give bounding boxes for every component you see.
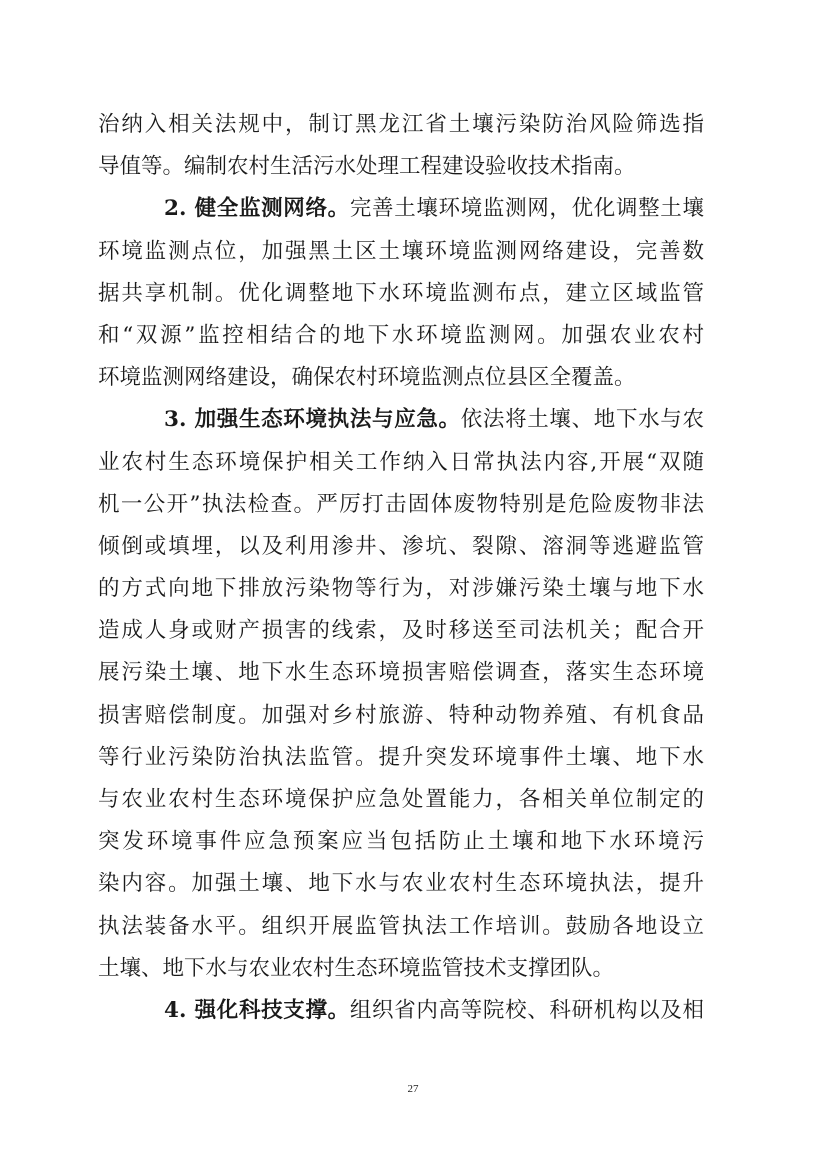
text-run: 组织省内高等院校、科研机构以及相 [350,998,704,1023]
text-line: 造成人身或财产损害的线索，及时移送至司法机关；配合开 [98,610,704,652]
text-line: 染内容。加强土壤、地下水与农业农村生态环境执法，提升 [98,863,704,905]
section-heading: 4. 强化科技支撑。 [164,998,350,1023]
text-line: 倾倒或填埋，以及利用渗井、渗坑、裂隙、溶洞等逃避监管 [98,526,704,568]
text-run: 完善土壤环境监测网，优化调整土壤 [350,196,704,221]
text-line: 等行业污染防治执法监管。提升突发环境事件土壤、地下水 [98,737,704,779]
text-line: 3. 加强生态环境执法与应急。依法将土壤、地下水与农 [98,399,704,441]
text-line: 机一公开”执法检查。严厉打击固体废物特别是危险废物非法 [98,484,704,526]
paragraph-continuation: 治纳入相关法规中，制订黑龙江省土壤污染防治风险筛选指 导值等。编制农村生活污水处… [98,104,704,188]
page-number: 27 [0,1083,826,1095]
text-line: 土壤、地下水与农业农村生态环境监管技术支撑团队。 [98,948,704,990]
text-line: 业农村生态环境保护相关工作纳入日常执法内容,开展“双随 [98,442,704,484]
paragraph-enforcement-emergency: 3. 加强生态环境执法与应急。依法将土壤、地下水与农 业农村生态环境保护相关工作… [98,399,704,990]
text-line: 执法装备水平。组织开展监管执法工作培训。鼓励各地设立 [98,906,704,948]
text-line: 与农业农村生态环境保护应急处置能力，各相关单位制定的 [98,779,704,821]
text-run: 依法将土壤、地下水与农 [461,407,704,432]
text-line: 环境监测点位，加强黑土区土壤环境监测网络建设，完善数 [98,231,704,273]
text-line: 治纳入相关法规中，制订黑龙江省土壤污染防治风险筛选指 [98,104,704,146]
text-line: 据共享机制。优化调整地下水环境监测布点，建立区域监管 [98,273,704,315]
section-heading: 2. 健全监测网络。 [164,196,350,221]
section-heading: 3. 加强生态环境执法与应急。 [164,407,461,432]
text-line: 展污染土壤、地下水生态环境损害赔偿调查，落实生态环境 [98,652,704,694]
text-line: 2. 健全监测网络。完善土壤环境监测网，优化调整土壤 [98,188,704,230]
text-line: 突发环境事件应急预案应当包括防止土壤和地下水环境污 [98,821,704,863]
text-line: 导值等。编制农村生活污水处理工程建设验收技术指南。 [98,146,704,188]
text-line: 4. 强化科技支撑。组织省内高等院校、科研机构以及相 [98,990,704,1032]
text-line: 和“双源”监控相结合的地下水环境监测网。加强农业农村 [98,315,704,357]
paragraph-tech-support: 4. 强化科技支撑。组织省内高等院校、科研机构以及相 [98,990,704,1032]
text-line: 的方式向地下排放污染物等行为，对涉嫌污染土壤与地下水 [98,568,704,610]
document-page: 治纳入相关法规中，制订黑龙江省土壤污染防治风险筛选指 导值等。编制农村生活污水处… [98,104,704,1032]
text-line: 损害赔偿制度。加强对乡村旅游、特种动物养殖、有机食品 [98,695,704,737]
paragraph-monitoring-network: 2. 健全监测网络。完善土壤环境监测网，优化调整土壤 环境监测点位，加强黑土区土… [98,188,704,399]
text-line: 环境监测网络建设，确保农村环境监测点位县区全覆盖。 [98,357,704,399]
